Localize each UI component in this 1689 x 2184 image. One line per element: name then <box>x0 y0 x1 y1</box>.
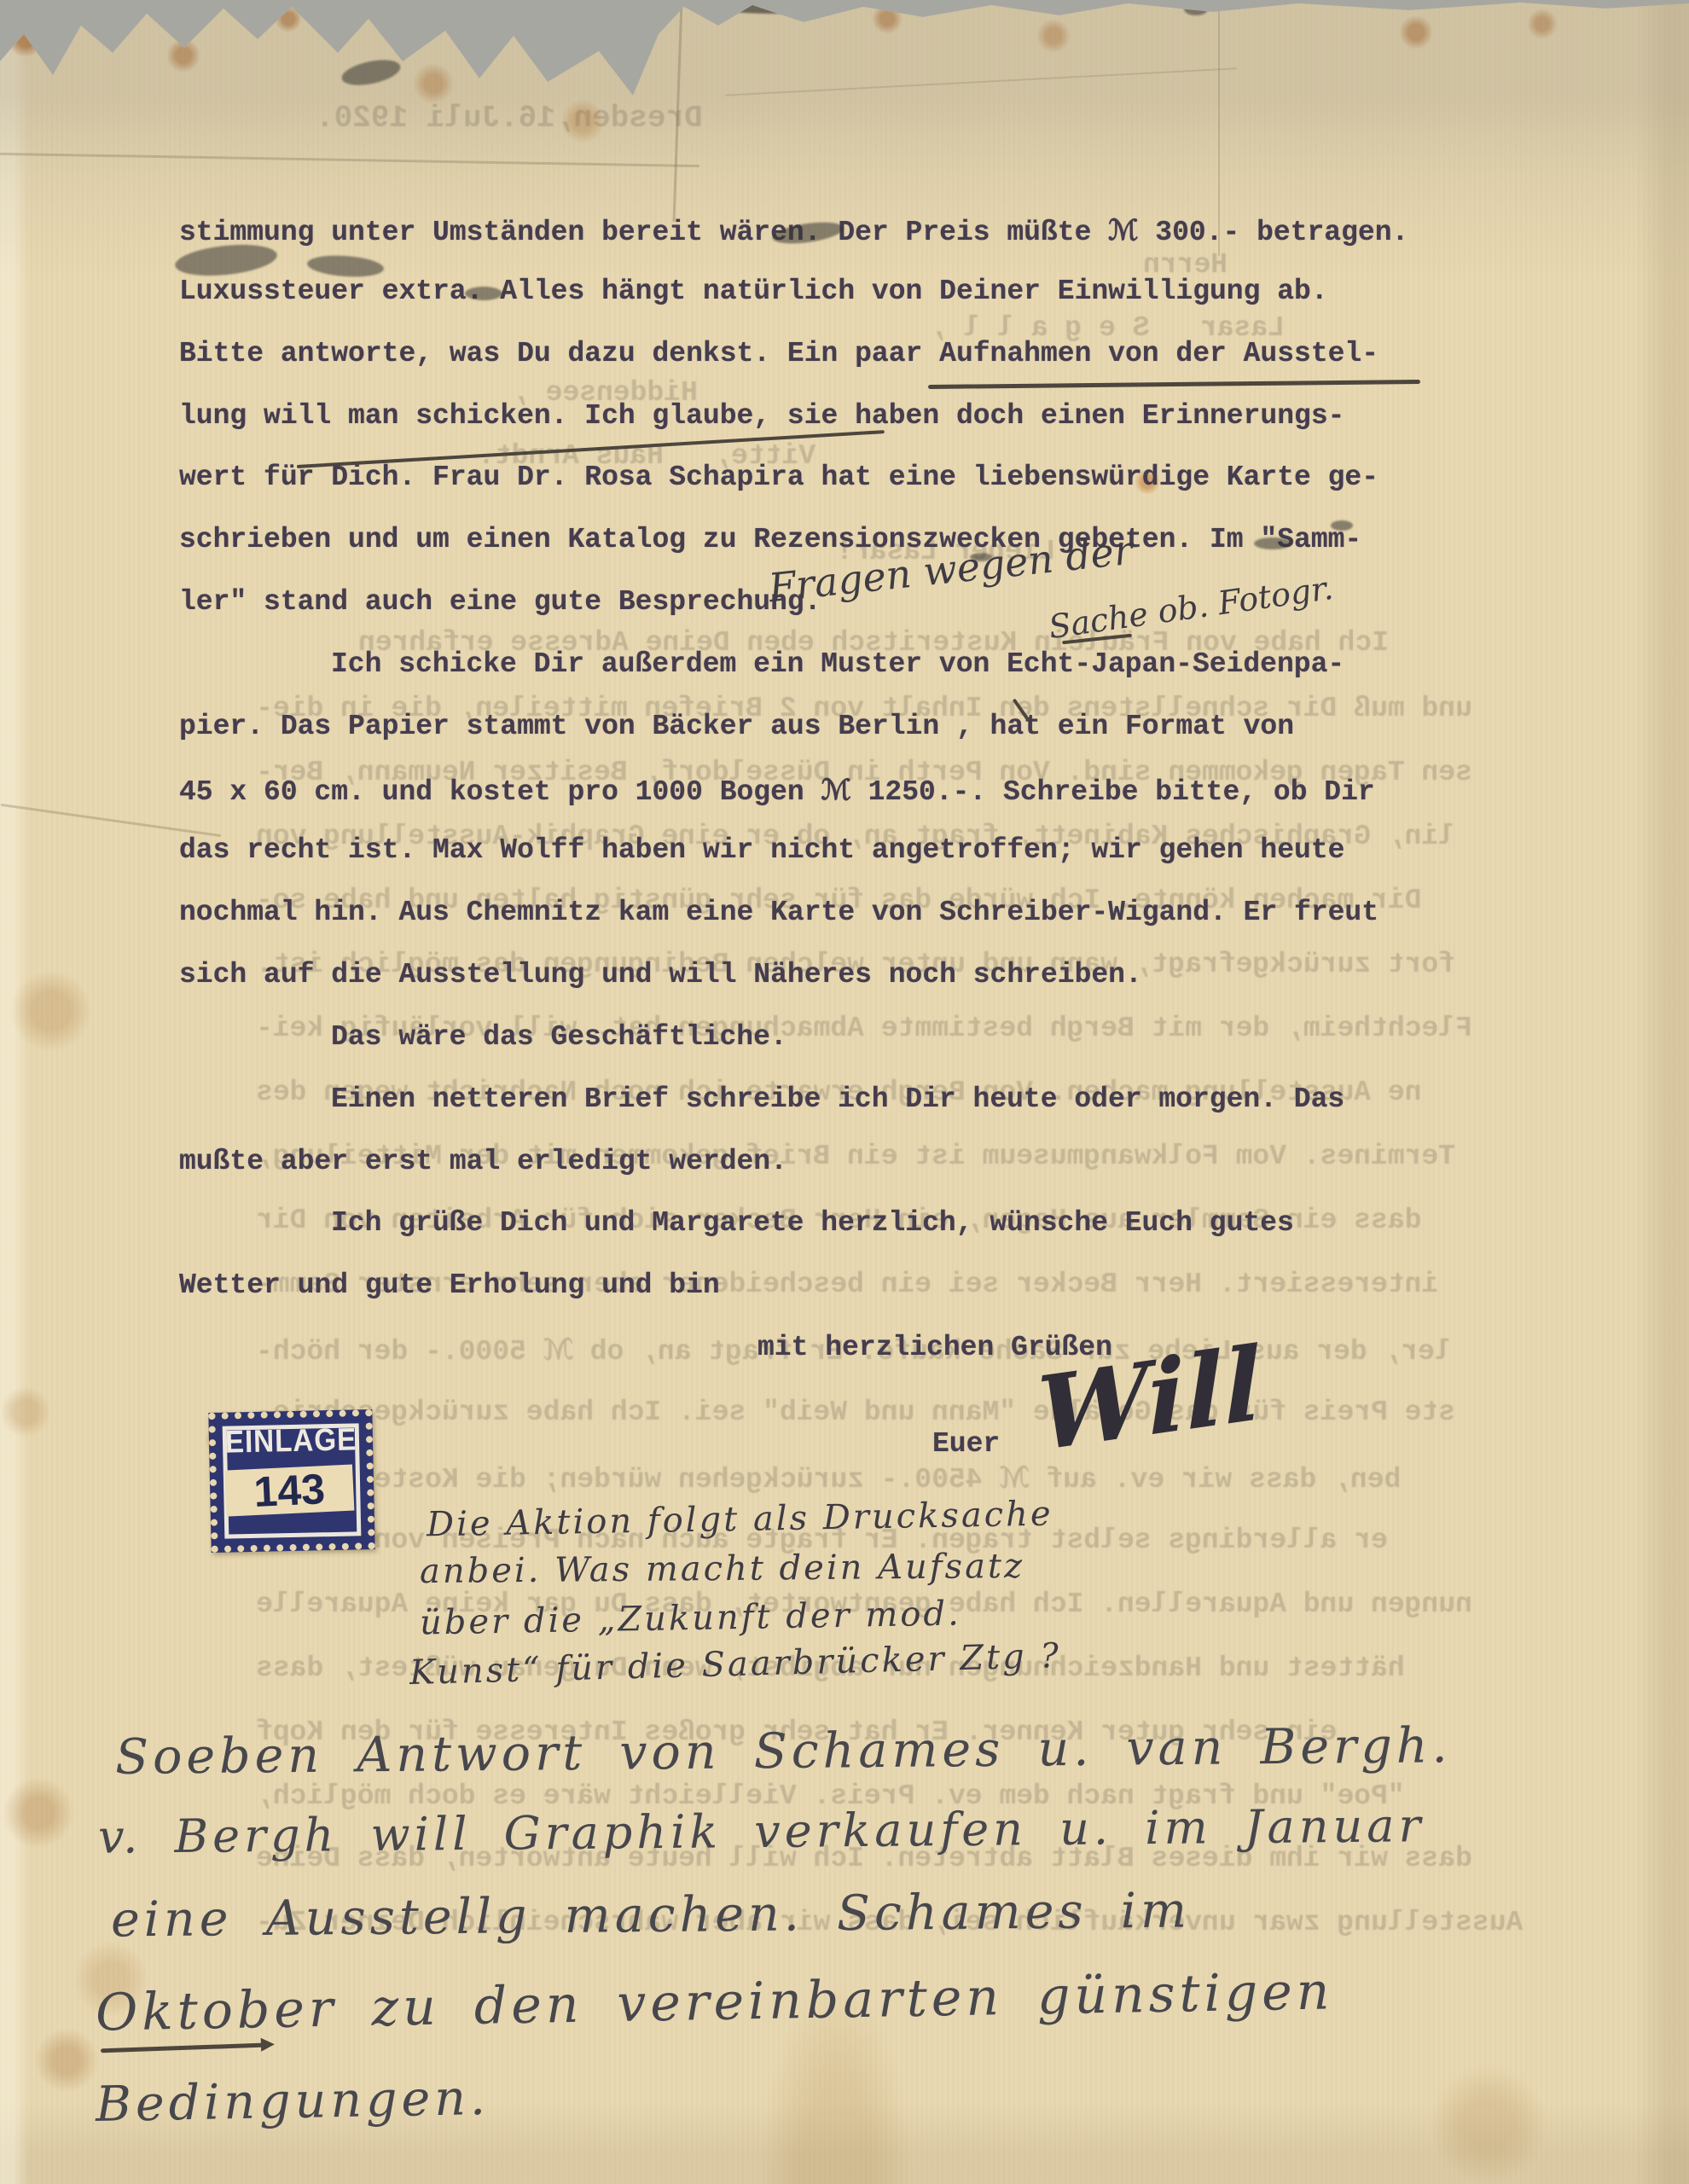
typed-line: Das wäre das Geschäftliche. <box>331 1021 787 1053</box>
ink-speck <box>1331 520 1353 531</box>
letter-paper: Dresden,16.Juli 1920. Herrn Lasar S e g … <box>0 0 1689 2184</box>
typed-line: 45 x 60 cm. und kostet pro 1000 Bogen ℳ … <box>179 773 1375 808</box>
scanned-letter-page: Dresden,16.Juli 1920. Herrn Lasar S e g … <box>0 0 1689 2184</box>
typed-line: Einen netteren Brief schreibe ich Dir he… <box>331 1083 1344 1115</box>
closing-pronoun: Euer <box>932 1428 1000 1460</box>
bleedthrough-line: ben, dass wir ev. auf ℳ 4500.- zurückgeh… <box>256 1461 1401 1496</box>
pen-underline-aufnahmen <box>928 380 1420 389</box>
stamp-number: 143 <box>224 1465 354 1517</box>
handwritten-side-note-line: über die „Zukunft der mod. <box>420 1594 961 1642</box>
handwritten-side-note-line: Kunst“ für die Saarbrücker Ztg ? <box>409 1636 1062 1693</box>
handwritten-side-note-line: anbei. Was macht dein Aufsatz <box>420 1547 1024 1591</box>
stamp-label: EINLAGE <box>223 1421 358 1460</box>
typed-line: wert für Dich. Frau Dr. Rosa Schapira ha… <box>179 462 1378 493</box>
fold-crease <box>1 804 221 837</box>
einlage-stamp: EINLAGE 143 <box>208 1409 374 1553</box>
typed-line: mußte aber erst mal erledigt werden. <box>179 1146 787 1177</box>
typed-line: Ich grüße Dich und Margarete herzlich, w… <box>331 1207 1294 1239</box>
typed-line: pier. Das Papier stammt von Bäcker aus B… <box>179 711 1294 742</box>
typed-line: das recht ist. Max Wolff haben wir nicht… <box>179 834 1344 866</box>
fold-crease <box>0 153 699 167</box>
bleedthrough-line: Dresden,16.Juli 1920. <box>316 101 703 136</box>
typed-line: Luxussteuer extra. Alles hängt natürlich… <box>179 276 1328 307</box>
ink-speck <box>1254 537 1291 549</box>
handwritten-postscript-line: eine Ausstellg machen. Schames im <box>111 1882 1192 1948</box>
typed-line: nochmal hin. Aus Chemnitz kam eine Karte… <box>179 897 1378 928</box>
ink-speck <box>708 0 844 14</box>
typed-line: schrieben und um einen Katalog zu Rezens… <box>179 524 1361 555</box>
handwritten-postscript-line: Bedingungen. <box>95 2070 490 2133</box>
pen-underline-oktober <box>101 2043 263 2053</box>
typed-line: Bitte antworte, was Du dazu denkst. Ein … <box>179 338 1378 369</box>
typed-line: lung will man schicken. Ich glaube, sie … <box>179 400 1344 432</box>
handwritten-postscript-line: Soeben Antwort von Schames u. van Bergh. <box>115 1717 1452 1786</box>
typed-line: Ich schicke Dir außerdem ein Muster von … <box>331 648 1344 680</box>
handwritten-postscript-line: Oktober zu den vereinbarten günstigen <box>95 1961 1333 2042</box>
typed-line: Wetter und gute Erholung und bin <box>179 1269 720 1301</box>
ink-speck <box>465 287 502 300</box>
typed-line: sich auf die Ausstellung und will Nähere… <box>179 959 1142 990</box>
fold-crease <box>725 67 1236 96</box>
ink-speck <box>1184 3 1208 15</box>
ink-speck <box>340 55 403 90</box>
bleedthrough-line: ste Preis für das Gemälde "Mann und Weib… <box>256 1397 1455 1428</box>
typed-line: ler" stand auch eine gute Besprechung. <box>179 586 821 618</box>
